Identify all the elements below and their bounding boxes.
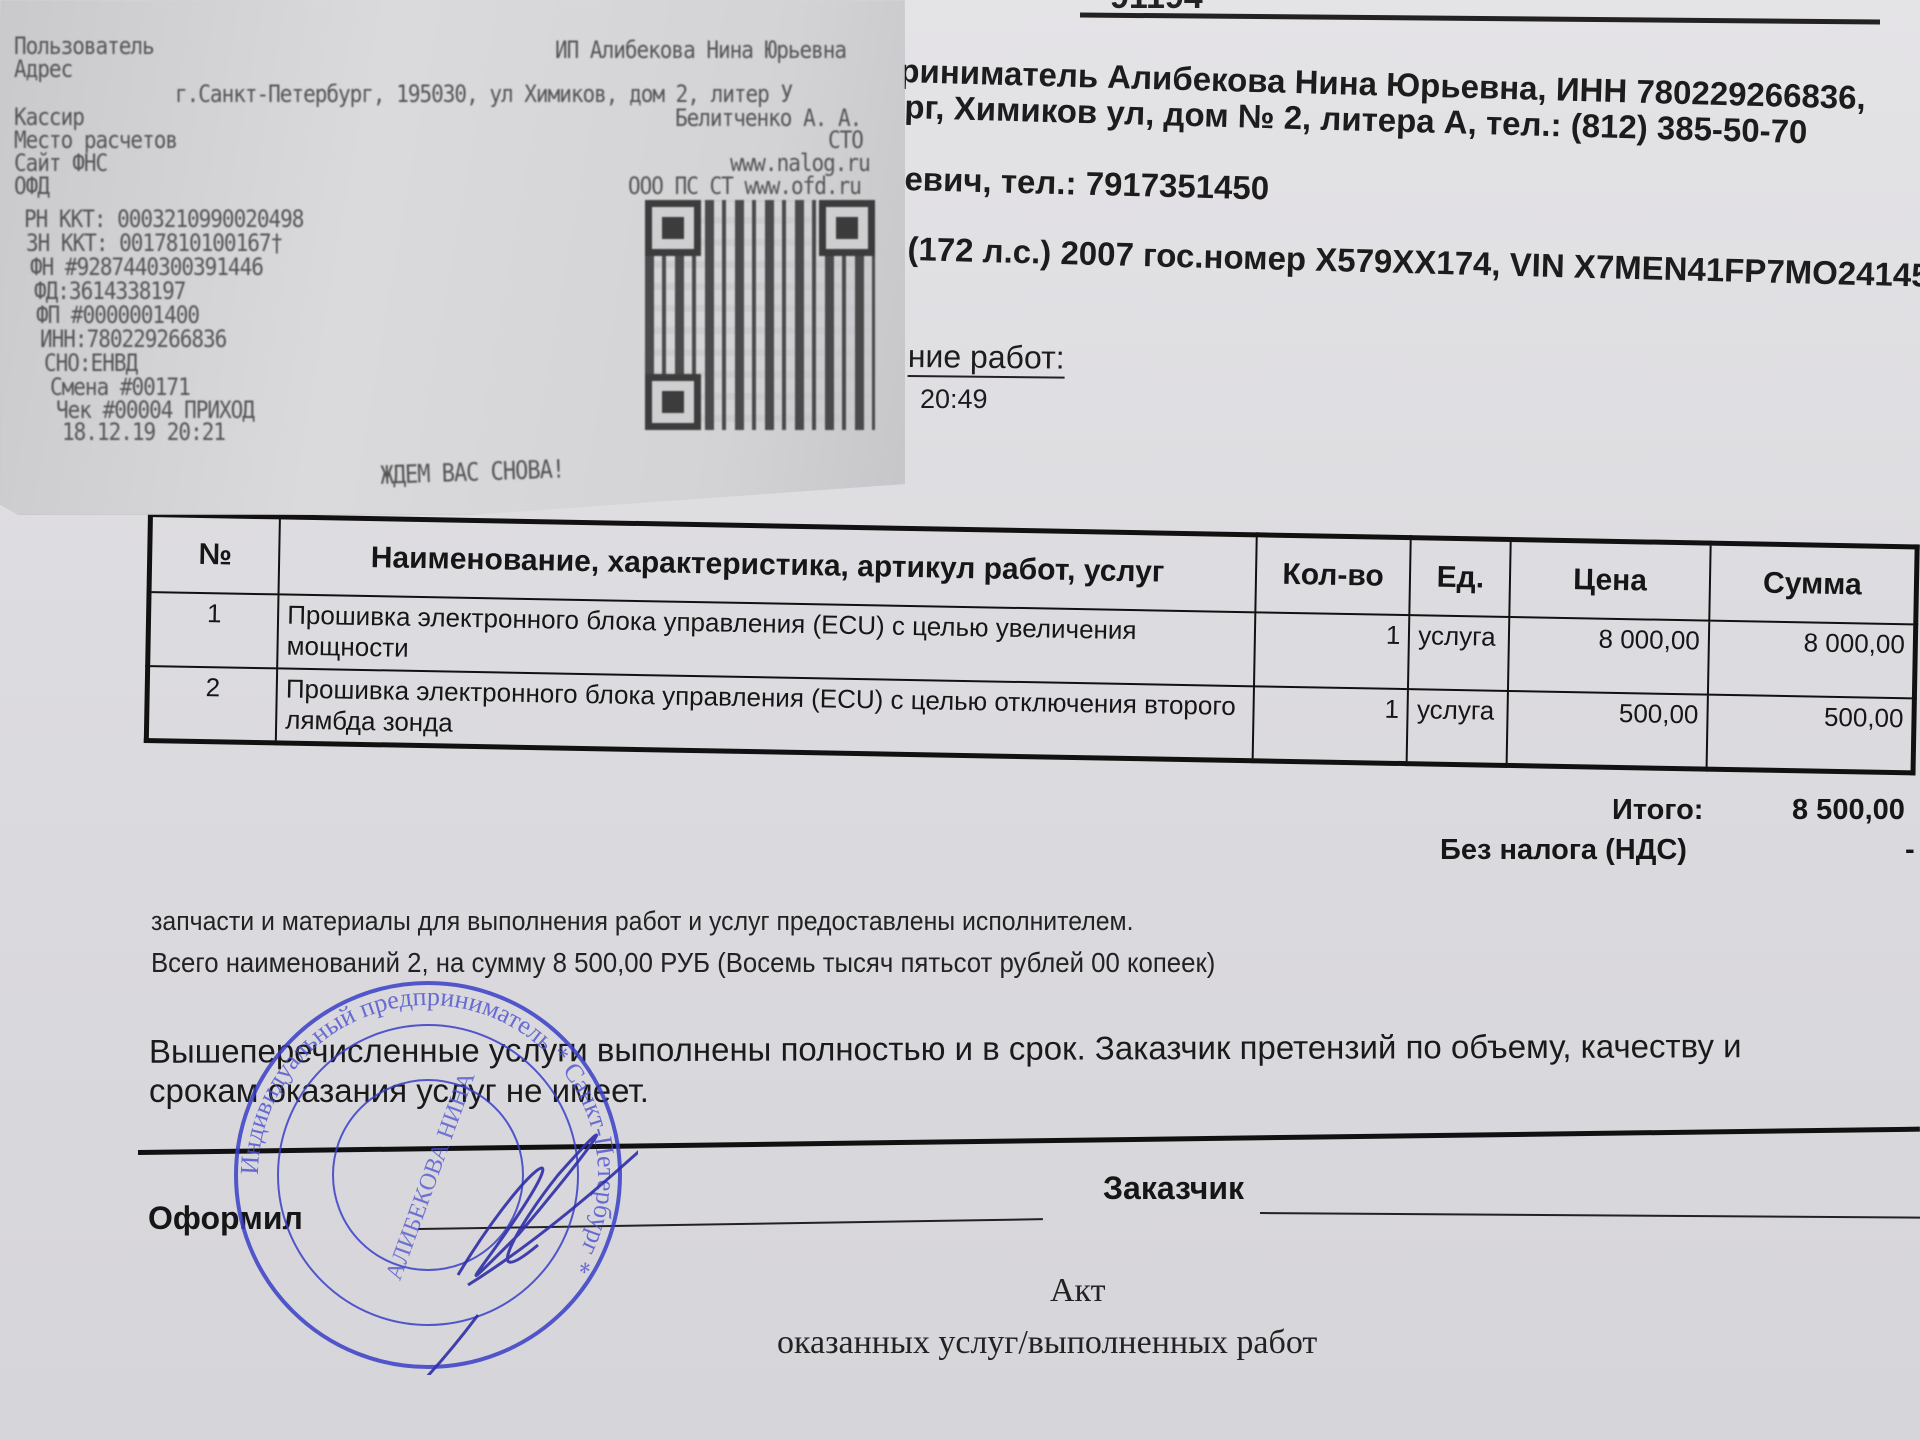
row-sum: 8 000,00 bbox=[1708, 621, 1916, 699]
receipt-seller: ИП Алибекова Нина Юрьевна bbox=[555, 36, 846, 64]
qr-code-icon bbox=[645, 200, 875, 430]
col-header-price: Цена bbox=[1510, 539, 1711, 620]
next-doc-title: Акт bbox=[1050, 1272, 1105, 1310]
col-header-sum: Сумма bbox=[1709, 543, 1917, 624]
row-sum: 500,00 bbox=[1706, 695, 1914, 773]
work-date-label: ние работ: bbox=[908, 338, 1065, 379]
receipt-datetime: 18.12.19 20:21 bbox=[62, 418, 225, 446]
qr-finder-icon bbox=[645, 374, 701, 430]
receipt-footer: ЖДЕМ ВАС СНОВА! bbox=[380, 456, 565, 491]
svg-text:Индивидуальный предприниматель: Индивидуальный предприниматель * Санкт-П… bbox=[235, 982, 621, 1279]
qr-finder-icon bbox=[819, 200, 875, 256]
items-table: № Наименование, характеристика, артикул … bbox=[144, 512, 1920, 775]
row-no: 2 bbox=[146, 666, 277, 742]
row-qty: 1 bbox=[1254, 612, 1410, 689]
col-header-no: № bbox=[149, 515, 280, 595]
vat-value: - bbox=[1905, 834, 1915, 867]
total-label: Итого: bbox=[1612, 794, 1703, 827]
col-header-unit: Ед. bbox=[1410, 538, 1511, 617]
total-value: 8 500,00 bbox=[1792, 794, 1905, 827]
svg-text:АЛИБЕКОВА НИНА: АЛИБЕКОВА НИНА bbox=[381, 1068, 481, 1284]
items-table-container: № Наименование, характеристика, артикул … bbox=[144, 512, 1920, 775]
work-time: 20:49 bbox=[920, 384, 988, 415]
qr-finder-icon bbox=[645, 200, 701, 256]
receipt-label-address: Адрес bbox=[14, 55, 72, 83]
row-unit: услуга bbox=[1408, 615, 1509, 691]
vehicle-line: (172 л.с.) 2007 гос.номер Х579ХХ174, VIN… bbox=[907, 230, 1920, 295]
row-no: 1 bbox=[148, 592, 279, 668]
vat-label: Без налога (НДС) bbox=[1440, 834, 1687, 867]
col-header-qty: Кол-во bbox=[1255, 535, 1411, 615]
row-qty: 1 bbox=[1252, 686, 1408, 763]
row-price: 8 000,00 bbox=[1508, 617, 1709, 695]
cash-receipt: Пользователь Адрес ИП Алибекова Нина Юрь… bbox=[0, 0, 905, 515]
customer-signature-line bbox=[1260, 1212, 1920, 1219]
top-divider bbox=[1080, 13, 1880, 25]
row-price: 500,00 bbox=[1507, 691, 1708, 769]
company-stamp-icon: Индивидуальный предприниматель * Санкт-П… bbox=[218, 975, 638, 1375]
customer-line: евич, тел.: 7917351450 bbox=[904, 160, 1270, 208]
next-doc-subtitle: оказанных услуг/выполненных работ bbox=[777, 1324, 1317, 1362]
receipt-label-ofd: ОФД bbox=[14, 172, 49, 200]
row-unit: услуга bbox=[1407, 689, 1508, 765]
customer-label: Заказчик bbox=[1103, 1170, 1244, 1207]
materials-note: запчасти и материалы для выполнения рабо… bbox=[151, 906, 1134, 937]
receipt-ofd: ООО ПС СТ www.ofd.ru bbox=[628, 172, 861, 200]
